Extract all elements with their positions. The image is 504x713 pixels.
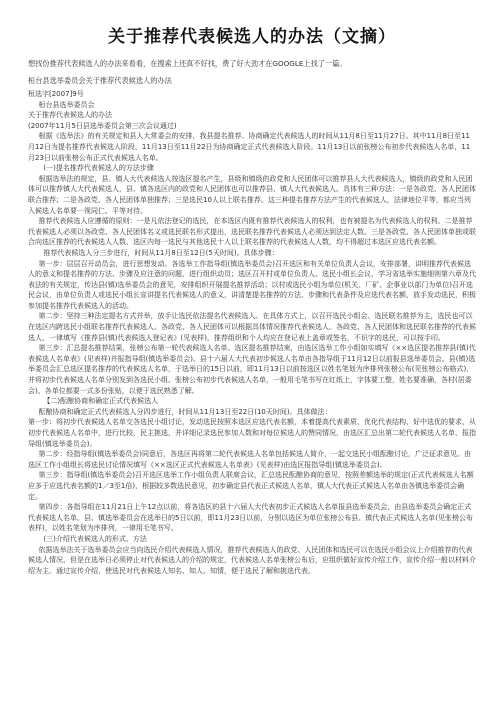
paragraph: 酝酿协商和确定正式代表候选人分四步进行，时间从11月13日至22日(10天时间)… [28,407,476,418]
paragraph: 第二步：坚持三种法定提名方式并举，放手让选民依法提名代表候选人。在具体方式上，以… [28,311,476,343]
paragraph: 第一步：将初步代表候选人名单交各选民小组讨论，发动选民按照本选区应选代表名额，本… [28,417,476,449]
document-page: 关于推荐代表候选人的办法（文摘） 想找份推荐代表候选人的办法来看看，在搜索上还真… [0,0,504,713]
paragraph: 根据选举法的规定，县、镇人大代表候选人按选区提名产生，县级和镇级的政党和人民团体… [28,174,476,216]
paragraph: 关于推荐代表候选人的办法 [28,110,476,121]
paragraph: (2007年11月5日县选举委员会第三次会议通过) [28,121,476,132]
paragraph: 依据选举法关于选举委员会应当向选民介绍代表候选人情况，推荐代表候选人的政党、人民… [28,545,476,577]
paragraph: 第三步：指导组(镇选举委员会)召开选区选举工作小组负责人联席会议，汇总选民酝酿协… [28,470,476,502]
paragraph: 第一步：层层召开动员会，进行思想发动。各选举工作指导组(镇选举委员会)召开选区和… [28,259,476,312]
paragraph: 第三步：汇总提名推荐结果，张榜公布第一轮代表候选人名单。选区提名推荐结束，由选区… [28,343,476,396]
paragraph: 桓台县选举委员会 [28,100,476,111]
paragraph: 推荐代表候选人应遵循的原则：一是凡依法登记的选民，在本选区内既有推荐代表候选人的… [28,216,476,248]
page-title: 关于推荐代表候选人的办法（文摘） [0,22,504,47]
intro-note: 想找份推荐代表候选人的办法来看看，在搜索上还真不好找，费了好大劲才在GOOGLE… [28,59,488,68]
paragraph: 桓选字[2007]9号 [28,89,476,100]
document-body: 桓选字[2007]9号桓台县选举委员会关于推荐代表候选人的办法(2007年11月… [28,89,476,576]
paragraph: 推荐代表候选人分三步进行，时间从11月8日至12日(5天时间)。具体步骤： [28,248,476,259]
intro-subtitle: 桓台县选举委员会关于推荐代表候选人的办法 [28,76,488,85]
paragraph: 第四步：各指导组在11月21日上午12点以前，将各选区的县十六届人大代表初步正式… [28,502,476,534]
paragraph: 【二)酝酿协商和确定正式代表候选人 [28,396,476,407]
paragraph: 根据《选举法》的有关规定和县人大常委会的安排，我县提名推荐、协商确定代表候选人的… [28,131,476,163]
paragraph: 第二步：经指导组(镇选举委员会)同意后，各选区再将第二轮代表候选人名单包括候选人… [28,449,476,470]
paragraph: (一)提名推荐代表候选人的方法步骤 [28,163,476,174]
paragraph: (三)介绍代表候选人的形式、方法 [28,534,476,545]
